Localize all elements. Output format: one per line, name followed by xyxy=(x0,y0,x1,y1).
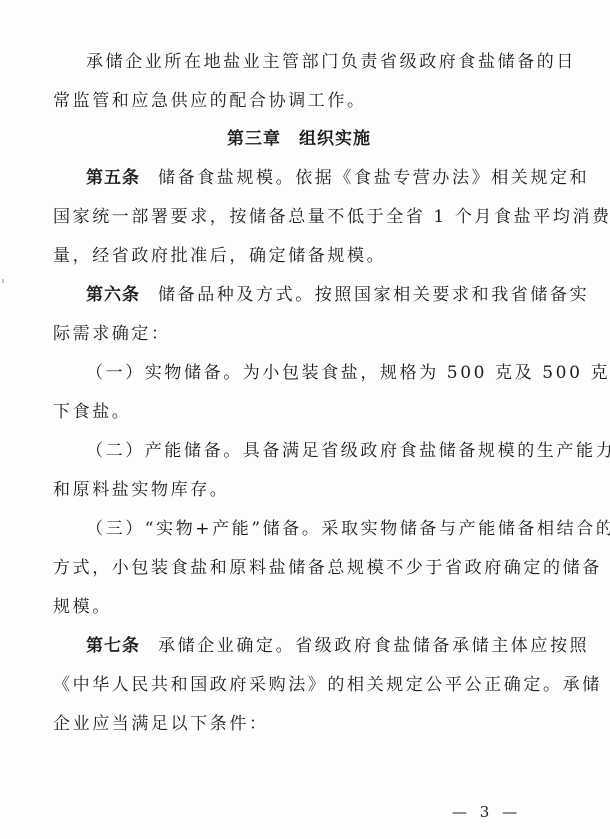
paragraph-line: 国家统一部署要求，按储备总量不低于全省 1 个月食盐平均消费 xyxy=(53,206,610,228)
document-page: 承储企业所在地盐业主管部门负责省级政府食盐储备的日 常监管和应急供应的配合协调工… xyxy=(0,0,610,839)
paragraph-line: 《中华人民共和国政府采购法》的相关规定公平公正确定。承储 xyxy=(53,674,602,696)
article-6-label: 第六条 xyxy=(86,285,140,305)
paragraph-line: 承储企业所在地盐业主管部门负责省级政府食盐储备的日 xyxy=(86,51,576,73)
list-item-line: 和原料盐实物库存。 xyxy=(53,479,229,501)
list-item-line: 规模。 xyxy=(53,596,112,618)
paragraph-line: 际需求确定： xyxy=(53,323,171,345)
scan-mark xyxy=(2,279,4,283)
list-item-line: 下食盐。 xyxy=(53,401,131,423)
article-6-text: 储备品种及方式。按照国家相关要求和我省储备实 xyxy=(158,285,589,305)
chapter-heading: 第三章 组织实施 xyxy=(227,128,371,150)
article-5-label: 第五条 xyxy=(86,168,140,188)
article-7-label: 第七条 xyxy=(86,636,140,656)
list-item-line: （二）产能储备。具备满足省级政府食盐储备规模的生产能力 xyxy=(86,440,610,462)
article-5-text: 储备食盐规模。依据《食盐专营办法》相关规定和 xyxy=(158,168,589,188)
list-item-line: （三）“实物+产能”储备。采取实物储备与产能储备相结合的 xyxy=(86,518,610,540)
paragraph-line: 量，经省政府批准后，确定储备规模。 xyxy=(53,245,386,267)
paragraph-line: 常监管和应急供应的配合协调工作。 xyxy=(53,90,367,112)
paragraph-line: 企业应当满足以下条件： xyxy=(53,713,269,735)
list-item-line: （一）实物储备。为小包装食盐，规格为 500 克及 500 克以 xyxy=(86,362,610,384)
article-5-line: 第五条储备食盐规模。依据《食盐专营办法》相关规定和 xyxy=(86,167,589,189)
article-7-line: 第七条承储企业确定。省级政府食盐储备承储主体应按照 xyxy=(86,635,589,657)
article-6-line: 第六条储备品种及方式。按照国家相关要求和我省储备实 xyxy=(86,284,589,306)
page-number: — 3 — xyxy=(452,803,521,821)
list-item-line: 方式，小包装食盐和原料盐储备总规模不少于省政府确定的储备 xyxy=(53,557,602,579)
article-7-text: 承储企业确定。省级政府食盐储备承储主体应按照 xyxy=(158,636,589,656)
